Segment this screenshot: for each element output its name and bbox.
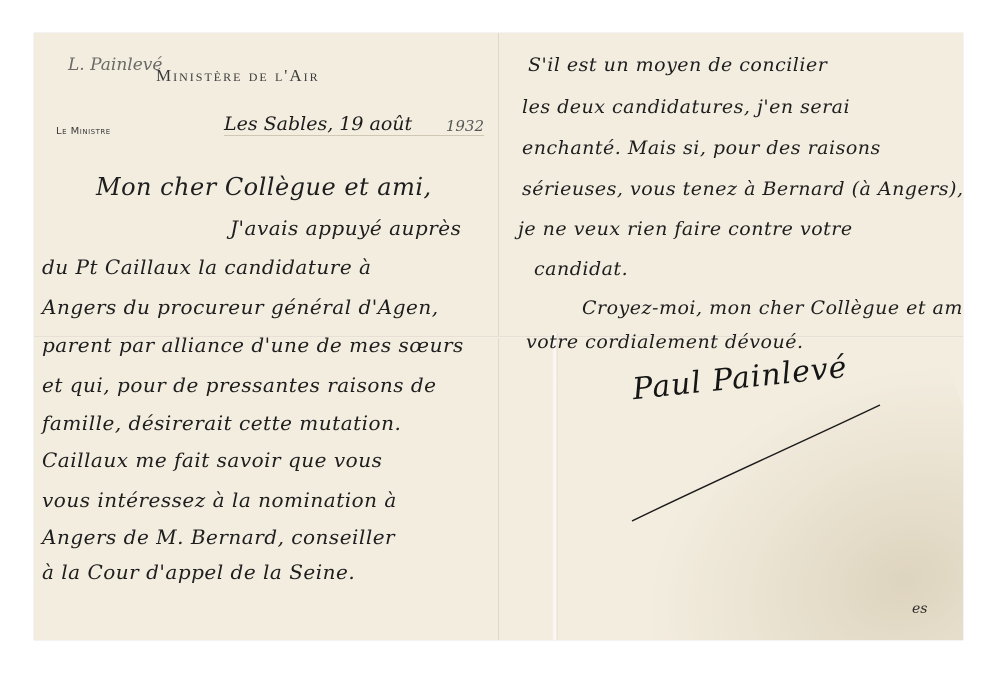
body-line: famille, désirerait cette mutation. [42, 411, 401, 435]
dateline: Les Sables, 19 août 1932 [224, 113, 484, 136]
salutation: Mon cher Collègue et ami, [96, 173, 432, 201]
body-line: et qui, pour de pressantes raisons de [42, 373, 437, 397]
closing-line: Croyez-moi, mon cher Collègue et ami, [582, 297, 963, 319]
pencil-annotation: L. Painlevé [68, 55, 162, 75]
body-line: parent par alliance d'une de mes sœurs [42, 333, 464, 357]
corner-mark: es [912, 601, 927, 617]
signature: Paul Painlevé [631, 350, 849, 407]
body-line: enchanté. Mais si, pour des raisons [522, 137, 881, 159]
paper-crease [552, 333, 558, 640]
body-line: vous intéressez à la nomination à [42, 488, 397, 512]
letterhead-office: Le Ministre [56, 126, 111, 137]
body-line: Caillaux me fait savoir que vous [42, 448, 382, 472]
closing-line: votre cordialement dévoué. [526, 331, 804, 353]
body-line: candidat. [534, 258, 628, 280]
body-line: je ne veux rien faire contre votre [518, 218, 853, 240]
signature-flourish [630, 403, 890, 523]
body-line: S'il est un moyen de concilier [528, 54, 827, 76]
body-line: Angers du procureur général d'Agen, [42, 295, 439, 319]
body-line: Angers de M. Bernard, conseiller [42, 525, 395, 549]
place-date: Les Sables, 19 août [224, 113, 412, 135]
body-line: du Pt Caillaux la candidature à [42, 255, 371, 279]
body-line: J'avais appuyé auprès [230, 216, 461, 240]
body-line: à la Cour d'appel de la Seine. [42, 560, 355, 584]
body-line: les deux candidatures, j'en serai [522, 96, 850, 118]
letter-sheet: L. Painlevé Ministère de l'Air Le Minist… [34, 33, 963, 640]
letterhead-ministry: Ministère de l'Air [156, 66, 320, 86]
body-line: sérieuses, vous tenez à Bernard (à Anger… [522, 178, 963, 200]
year: 1932 [446, 117, 484, 135]
